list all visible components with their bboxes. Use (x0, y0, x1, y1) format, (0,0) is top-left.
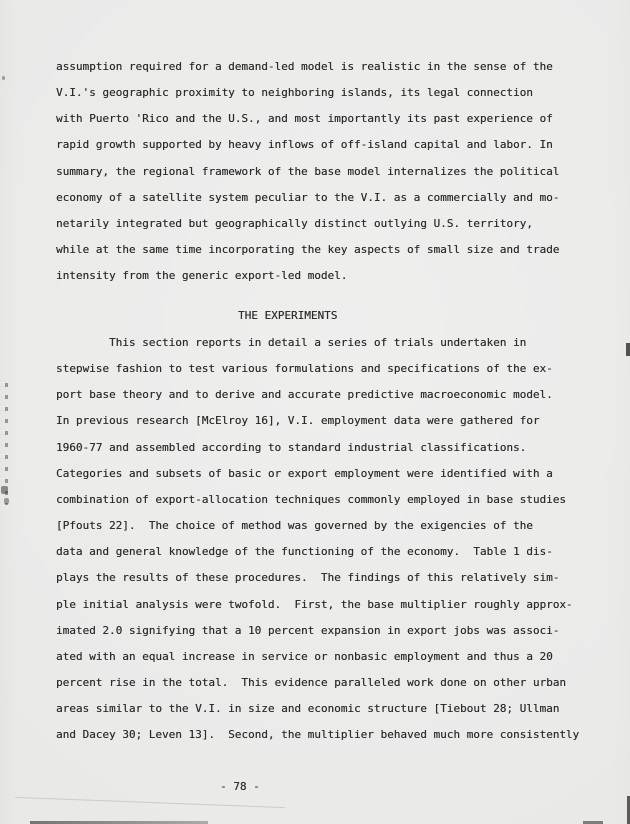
scan-artifact-right-mark (626, 343, 630, 356)
scan-artifact-left-dot (2, 76, 5, 80)
scan-artifact-left-blob (4, 498, 9, 504)
section-heading: THE EXPERIMENTS (238, 303, 337, 329)
scan-artifact-left-dashes (5, 383, 8, 505)
scanned-paper-page: assumption required for a demand-led mod… (0, 0, 630, 824)
scan-artifact-left-blob (1, 486, 8, 494)
body-paragraph-2: This section reports in detail a series … (56, 330, 579, 749)
body-paragraph-1: assumption required for a demand-led mod… (56, 54, 559, 289)
page-number: - 78 - (220, 774, 260, 800)
